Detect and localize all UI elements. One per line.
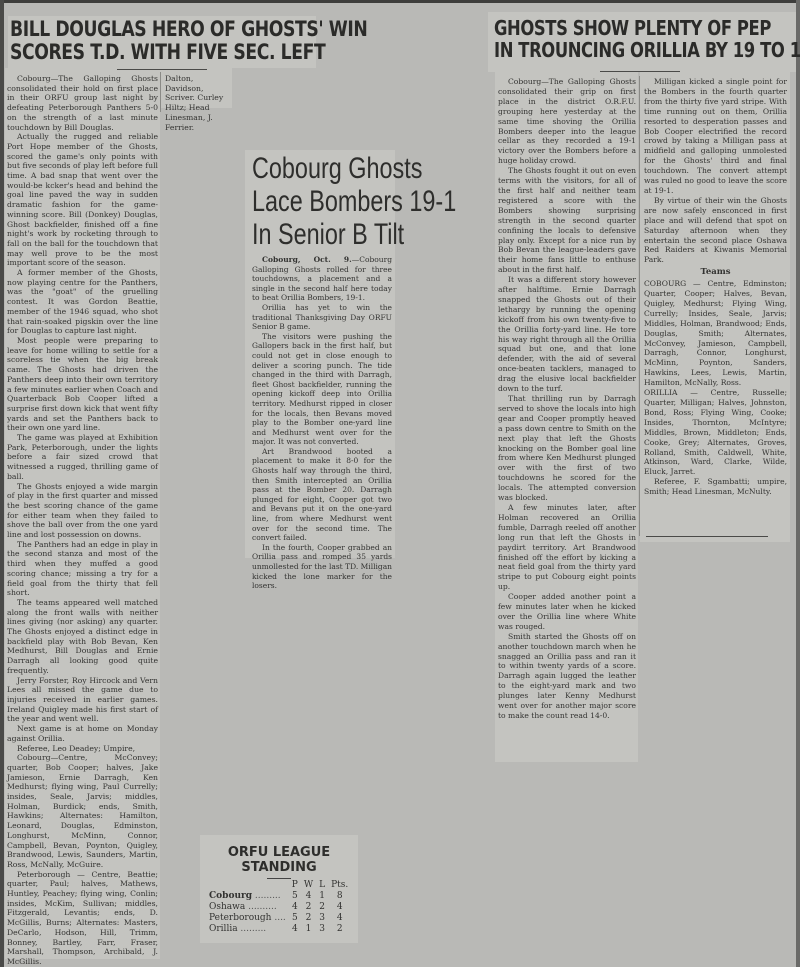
leader-dots: .........	[238, 924, 267, 934]
teams-cobourg: COBOURG — Centre, Edminston; Quarter, Co…	[644, 279, 787, 388]
right-paragraph: A few minutes later, after Holman recove…	[498, 503, 636, 592]
standings-row: Cobourg .........5418	[206, 891, 351, 902]
middle-article-body: Cobourg, Oct. 9.—Cobourg Galloping Ghost…	[252, 255, 392, 591]
standings-title-line-2: STANDING	[200, 860, 358, 875]
standings-cell-pts: 8	[328, 891, 351, 902]
standings-cell-p: 4	[289, 902, 301, 913]
standings-box: ORFU LEAGUE STANDING P W L Pts. Cobourg …	[200, 845, 358, 935]
standings-cell-l: 3	[316, 924, 328, 935]
standings-table: P W L Pts. Cobourg .........5418Oshawa .…	[206, 880, 351, 935]
left-paragraph: A former member of the Ghosts, now playi…	[7, 268, 158, 336]
right-headline-line-1: GHOSTS SHOW PLENTY OF PEP	[494, 18, 800, 40]
right-paragraph: Smith started the Ghosts off on another …	[498, 632, 636, 721]
middle-paragraph: The visitors were pushing the Gallopers …	[252, 332, 392, 447]
page-top-edge	[0, 0, 800, 3]
left-paragraph: The Ghosts enjoyed a wide margin of play…	[7, 482, 158, 540]
standings-header-w: W	[301, 880, 316, 891]
left-paragraph: Most people were preparing to leave for …	[7, 336, 158, 433]
left-side-snippet: Dalton, Davidson, Scriver. Curley Hiltz;…	[165, 74, 231, 132]
teams-orillia: ORILLIA — Centre, Russelle; Quarter, Mil…	[644, 388, 787, 477]
standings-title-line-1: ORFU LEAGUE	[200, 845, 358, 860]
middle-headline-line-2: Lace Bombers 19-1	[252, 185, 456, 218]
standings-row: Oshawa ..........4224	[206, 902, 351, 913]
right-article-end-rule	[646, 536, 768, 537]
right-column-divider	[639, 76, 640, 536]
left-article-body: Cobourg—The Galloping Ghosts consolidate…	[7, 74, 158, 967]
standings-cell-l: 2	[316, 902, 328, 913]
left-paragraph: The Panthers had an edge in play in the …	[7, 540, 158, 598]
middle-article-headline: Cobourg Ghosts Lace Bombers 19-1 In Seni…	[252, 152, 514, 251]
left-paragraph: Actually the rugged and reliable Port Ho…	[7, 132, 158, 268]
right-paragraph: Milligan kicked a single point for the B…	[644, 77, 787, 196]
leader-dots: ....	[271, 913, 285, 923]
standings-row: Orillia .........4132	[206, 924, 351, 935]
right-paragraph: The Ghosts fought it out on even terms w…	[498, 166, 636, 275]
standings-team: Orillia .........	[206, 924, 289, 935]
standings-team: Cobourg .........	[206, 891, 289, 902]
middle-headline-line-3: In Senior B Tilt	[252, 218, 456, 251]
standings-cell-w: 2	[301, 913, 316, 924]
middle-headline-line-1: Cobourg Ghosts	[252, 152, 456, 185]
standings-cell-l: 1	[316, 891, 328, 902]
standings-team: Oshawa ..........	[206, 902, 289, 913]
page-left-edge	[0, 0, 4, 967]
right-paragraph: Cobourg—The Galloping Ghosts consolidate…	[498, 77, 636, 166]
standings-cell-pts: 4	[328, 913, 351, 924]
left-paragraph: The game was played at Exhibition Park, …	[7, 433, 158, 482]
standings-cell-pts: 4	[328, 902, 351, 913]
middle-paragraph: Art Brandwood booted a placement to make…	[252, 447, 392, 543]
left-headline-rule	[117, 69, 207, 70]
standings-team: Peterborough ....	[206, 913, 289, 924]
standings-cell-w: 2	[301, 902, 316, 913]
right-paragraph: Cooper added another point a few minutes…	[498, 592, 636, 632]
teams-heading: Teams	[644, 268, 787, 278]
standings-cell-w: 4	[301, 891, 316, 902]
left-paragraph: The teams appeared well matched along th…	[7, 598, 158, 676]
standings-cell-p: 5	[289, 891, 301, 902]
page-right-edge	[796, 0, 800, 967]
left-column-divider	[160, 72, 161, 112]
left-paragraph: Cobourg—Centre, McConvey; quarter, Bob C…	[7, 753, 158, 869]
right-paragraph: That thrilling run by Darragh served to …	[498, 394, 636, 503]
standings-cell-p: 5	[289, 913, 301, 924]
leader-dots: .........	[252, 891, 281, 901]
standings-header-team	[206, 880, 289, 891]
standings-header-p: P	[289, 880, 301, 891]
left-paragraph: Cobourg—The Galloping Ghosts consolidate…	[7, 74, 158, 132]
standings-cell-w: 1	[301, 924, 316, 935]
left-paragraph: Peterborough — Centre, Beattie; quarter,…	[7, 870, 158, 967]
right-article-col2: Milligan kicked a single point for the B…	[644, 77, 787, 497]
left-headline-line-1: BILL DOUGLAS HERO OF GHOSTS' WIN	[10, 18, 367, 41]
left-paragraph: Jerry Forster, Roy Hircock and Vern Lees…	[7, 676, 158, 725]
middle-dateline: Cobourg, Oct. 9.	[262, 255, 352, 264]
standings-rule	[267, 878, 291, 879]
left-paragraph: Referee, Leo Deadey; Umpire,	[7, 744, 158, 754]
standings-row: Peterborough ....5234	[206, 913, 351, 924]
left-paragraph: Next game is at home on Monday against O…	[7, 724, 158, 743]
right-headline-line-2: IN TROUNCING ORILLIA BY 19 TO 1	[494, 40, 800, 62]
standings-cell-pts: 2	[328, 924, 351, 935]
side-snippet-text: Dalton, Davidson, Scriver. Curley Hiltz;…	[165, 74, 231, 132]
right-headline-rule	[600, 71, 680, 72]
officials: Referee, F. Sgambatti; umpire, Smith; He…	[644, 477, 787, 497]
right-article-headline: GHOSTS SHOW PLENTY OF PEP IN TROUNCING O…	[494, 18, 800, 61]
left-article-headline: BILL DOUGLAS HERO OF GHOSTS' WIN SCORES …	[10, 18, 446, 63]
right-paragraph: It was a different story however after h…	[498, 275, 636, 394]
middle-paragraph: In the fourth, Cooper grabbed an Orillia…	[252, 543, 392, 591]
standings-header-pts: Pts.	[328, 880, 351, 891]
middle-paragraph: Orillia has yet to win the traditional T…	[252, 303, 392, 332]
standings-header-l: L	[316, 880, 328, 891]
left-headline-line-2: SCORES T.D. WITH FIVE SEC. LEFT	[10, 41, 367, 64]
right-paragraph: By virtue of their win the Ghosts are no…	[644, 196, 787, 265]
leader-dots: ..........	[245, 902, 276, 912]
standings-cell-l: 3	[316, 913, 328, 924]
right-article-col1: Cobourg—The Galloping Ghosts consolidate…	[498, 77, 636, 721]
standings-cell-p: 4	[289, 924, 301, 935]
